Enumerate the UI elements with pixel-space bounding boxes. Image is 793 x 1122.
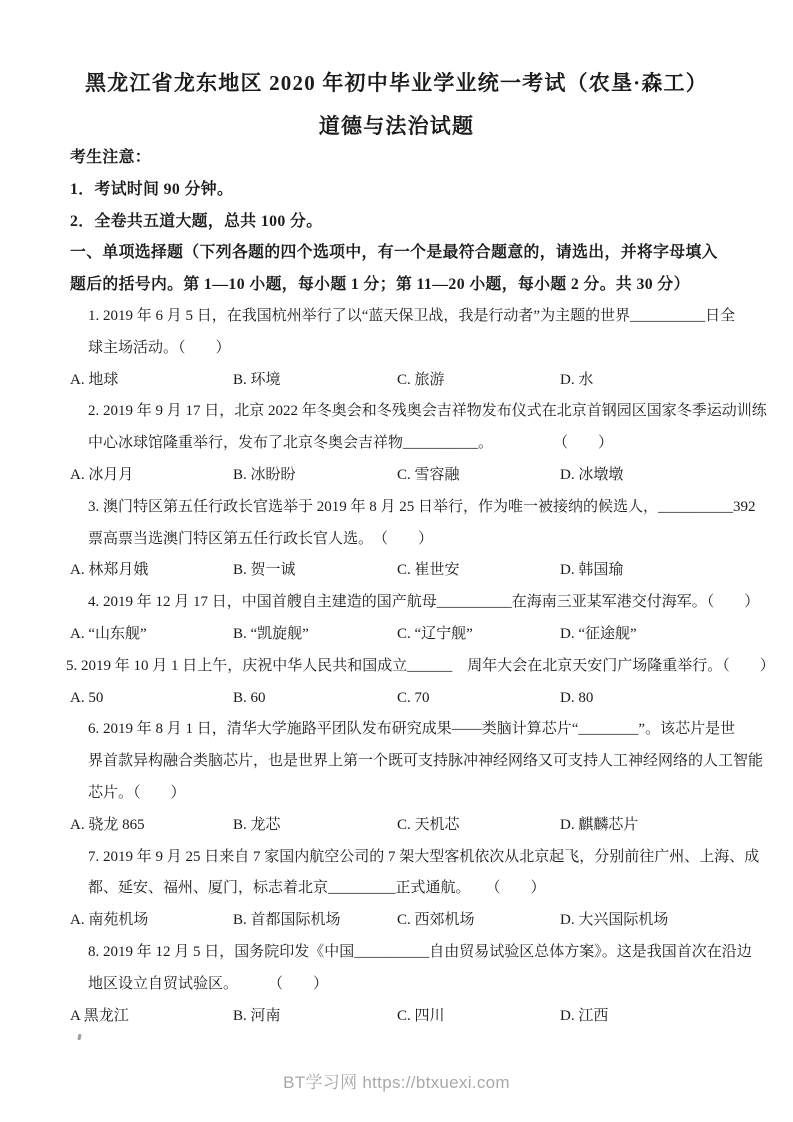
question-1-option-a: A. 地球 <box>70 365 233 397</box>
question-4-option-b: B. “凯旋舰” <box>233 619 397 651</box>
question-6-option-a: A. 骁龙 865 <box>70 810 233 842</box>
question-6-text-line-3: 芯片。（ ） <box>70 778 793 810</box>
scan-artifact-mark <box>77 1034 81 1040</box>
question-4-option-c: C. “辽宁舰” <box>397 619 560 651</box>
question-6-option-b: B. 龙芯 <box>233 810 397 842</box>
watermark-text: BT学习网 https://btxuexi.com <box>283 1073 510 1092</box>
question-2-option-a: A. 冰月月 <box>70 460 233 492</box>
question-1-option-d: D. 水 <box>560 365 793 397</box>
question-7-text-line-1: 7. 2019 年 9 月 25 日来自 7 家国内航空公司的 7 架大型客机依… <box>70 842 793 874</box>
question-8-option-b: B. 河南 <box>233 1001 397 1033</box>
question-7-option-d: D. 大兴国际机场 <box>560 905 793 937</box>
notice-item-1: 1．考试时间 90 分钟。 <box>70 174 793 206</box>
question-3-option-d: D. 韩国瑜 <box>560 555 793 587</box>
question-1-option-c: C. 旅游 <box>397 365 560 397</box>
question-1-text-line-2: 球主场活动。（ ） <box>70 333 793 365</box>
question-1-options-row: A. 地球 B. 环境 C. 旅游 D. 水 <box>70 365 793 397</box>
question-2-options-row: A. 冰月月 B. 冰盼盼 C. 雪容融 D. 冰墩墩 <box>70 460 793 492</box>
question-5-option-d: D. 80 <box>560 683 793 715</box>
exam-title: 黑龙江省龙东地区 2020 年初中毕业学业统一考试（农垦·森工） <box>0 0 793 96</box>
question-8-option-c: C. 四川 <box>397 1001 560 1033</box>
question-4-option-d: D. “征途舰” <box>560 619 793 651</box>
question-4: 4. 2019 年 12 月 17 日，中国首艘自主建造的国产航母_______… <box>70 587 793 651</box>
notice-item-2: 2．全卷共五道大题，总共 100 分。 <box>70 206 793 238</box>
question-2-text-line-1: 2. 2019 年 9 月 17 日，北京 2022 年冬奥会和冬残奥会吉祥物发… <box>70 396 793 428</box>
question-1: 1. 2019 年 6 月 5 日，在我国杭州举行了以“蓝天保卫战，我是行动者”… <box>70 301 793 396</box>
question-7-option-a: A. 南苑机场 <box>70 905 233 937</box>
question-7-option-c: C. 西郊机场 <box>397 905 560 937</box>
section-1-header-line-1: 一、单项选择题（下列各题的四个选项中，有一个是最符合题意的，请选出，并将字母填入 <box>70 237 793 269</box>
exam-paper-page: 黑龙江省龙东地区 2020 年初中毕业学业统一考试（农垦·森工） 道德与法治试题… <box>0 0 793 1122</box>
question-1-text-line-1: 1. 2019 年 6 月 5 日，在我国杭州举行了以“蓝天保卫战，我是行动者”… <box>70 301 793 333</box>
question-5-option-c: C. 70 <box>397 683 560 715</box>
question-3-text-line-1: 3. 澳门特区第五任行政长官选举于 2019 年 8 月 25 日举行，作为唯一… <box>70 492 793 524</box>
question-8: 8. 2019 年 12 月 5 日，国务院印发《中国__________自由贸… <box>70 937 793 1032</box>
section-1-header-line-2: 题后的括号内。第 1—10 小题，每小题 1 分；第 11—20 小题，每小题 … <box>70 269 793 301</box>
question-8-text-line-2: 地区设立自贸试验区。 （ ） <box>70 969 793 1001</box>
question-7-text-line-2: 都、延安、福州、厦门，标志着北京_________正式通航。 （ ） <box>70 873 793 905</box>
question-2-option-c: C. 雪容融 <box>397 460 560 492</box>
question-4-option-a: A. “山东舰” <box>70 619 233 651</box>
question-6-option-d: D. 麒麟芯片 <box>560 810 793 842</box>
question-7-options-row: A. 南苑机场 B. 首都国际机场 C. 西郊机场 D. 大兴国际机场 <box>70 905 793 937</box>
notice-heading: 考生注意： <box>70 142 793 174</box>
question-6-options-row: A. 骁龙 865 B. 龙芯 C. 天机芯 D. 麒麟芯片 <box>70 810 793 842</box>
question-8-option-d: D. 江西 <box>560 1001 793 1033</box>
question-6-option-c: C. 天机芯 <box>397 810 560 842</box>
question-6: 6. 2019 年 8 月 1 日，清华大学施路平团队发布研究成果——类脑计算芯… <box>70 714 793 841</box>
question-5: 5. 2019 年 10 月 1 日上午，庆祝中华人民共和国成立______ 周… <box>70 651 793 715</box>
question-2-option-d: D. 冰墩墩 <box>560 460 793 492</box>
question-3: 3. 澳门特区第五任行政长官选举于 2019 年 8 月 25 日举行，作为唯一… <box>70 492 793 587</box>
question-3-text-line-2: 票高票当选澳门特区第五任行政长官人选。 （ ） <box>70 524 793 556</box>
question-5-text-line-1: 5. 2019 年 10 月 1 日上午，庆祝中华人民共和国成立______ 周… <box>66 651 793 683</box>
exam-subtitle: 道德与法治试题 <box>0 113 793 139</box>
question-6-text-line-2: 界首款异构融合类脑芯片，也是世界上第一个既可支持脉冲神经网络又可支持人工神经网络… <box>70 746 793 778</box>
question-2-text-line-2: 中心冰球馆隆重举行，发布了北京冬奥会吉祥物__________。 （ ） <box>70 428 793 460</box>
question-6-text-line-1: 6. 2019 年 8 月 1 日，清华大学施路平团队发布研究成果——类脑计算芯… <box>70 714 793 746</box>
question-3-options-row: A. 林郑月娥 B. 贺一诚 C. 崔世安 D. 韩国瑜 <box>70 555 793 587</box>
question-7: 7. 2019 年 9 月 25 日来自 7 家国内航空公司的 7 架大型客机依… <box>70 842 793 937</box>
question-8-options-row: A 黑龙江 B. 河南 C. 四川 D. 江西 <box>70 1001 793 1033</box>
watermark: BT学习网 https://btxuexi.com <box>0 1068 793 1093</box>
question-4-options-row: A. “山东舰” B. “凯旋舰” C. “辽宁舰” D. “征途舰” <box>70 619 793 651</box>
question-8-option-a: A 黑龙江 <box>70 1001 233 1033</box>
question-5-option-b: B. 60 <box>233 683 397 715</box>
question-3-option-c: C. 崔世安 <box>397 555 560 587</box>
question-2: 2. 2019 年 9 月 17 日，北京 2022 年冬奥会和冬残奥会吉祥物发… <box>70 396 793 491</box>
question-7-option-b: B. 首都国际机场 <box>233 905 397 937</box>
exam-body: 考生注意： 1．考试时间 90 分钟。 2．全卷共五道大题，总共 100 分。 … <box>0 142 793 1032</box>
question-8-text-line-1: 8. 2019 年 12 月 5 日，国务院印发《中国__________自由贸… <box>70 937 793 969</box>
question-5-option-a: A. 50 <box>70 683 233 715</box>
question-5-options-row: A. 50 B. 60 C. 70 D. 80 <box>70 683 793 715</box>
question-4-text-line-1: 4. 2019 年 12 月 17 日，中国首艘自主建造的国产航母_______… <box>70 587 793 619</box>
question-3-option-a: A. 林郑月娥 <box>70 555 233 587</box>
question-3-option-b: B. 贺一诚 <box>233 555 397 587</box>
question-1-option-b: B. 环境 <box>233 365 397 397</box>
question-2-option-b: B. 冰盼盼 <box>233 460 397 492</box>
